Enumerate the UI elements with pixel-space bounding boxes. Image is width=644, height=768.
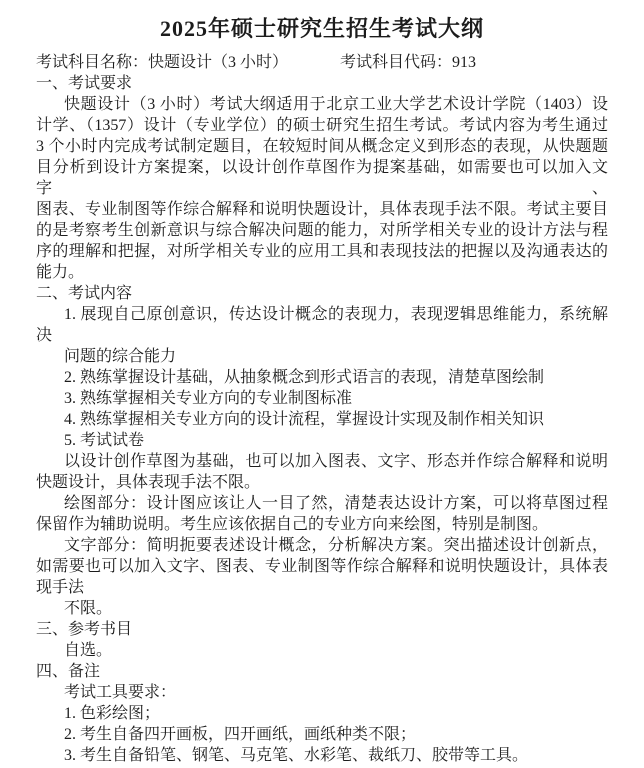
text-line: 不限。 [36, 598, 608, 619]
list-item: 4. 熟练掌握相关专业方向的设计流程，掌握设计实现及制作相关知识 [36, 409, 608, 430]
subject-code: 考试科目代码：913 [340, 52, 476, 73]
list-item: 3. 考生自备铅笔、钢笔、马克笔、水彩笔、裁纸刀、胶带等工具。 [36, 745, 608, 766]
text-line: 序的理解和把握，对所学相关专业的应用工具和表现技法的把握以及沟通表达的 [36, 241, 608, 262]
section-heading-1: 一、考试要求 [36, 73, 608, 94]
text-line: 快题设计，具体表现手法不限。 [36, 472, 608, 493]
text-line: 计学、（1357）设计（专业学位）的硕士研究生招生考试。考试内容为考生通过 [36, 115, 608, 136]
text-line: 目分析到设计方案提案，以设计创作草图作为提案基础，如需要也可以加入文字、 [36, 157, 608, 199]
subject-meta-line: 考试科目名称：快题设计（3 小时） 考试科目代码：913 [36, 52, 608, 73]
list-item: 5. 考试试卷 [36, 430, 608, 451]
list-item: 2. 考生自备四开画板，四开画纸，画纸种类不限； [36, 724, 608, 745]
text-line: 以设计创作草图为基础，也可以加入图表、文字、形态并作综合解释和说明 [36, 451, 608, 472]
text-line: 自选。 [36, 640, 608, 661]
text-line: 能力。 [36, 262, 608, 283]
text-line: 保留作为辅助说明。考生应该依据自己的专业方向来绘图，特别是制图。 [36, 514, 608, 535]
list-item: 3. 熟练掌握相关专业方向的专业制图标准 [36, 388, 608, 409]
section-heading-4: 四、备注 [36, 661, 608, 682]
subject-name: 考试科目名称：快题设计（3 小时） [36, 52, 288, 73]
text-line: 考试工具要求： [36, 682, 608, 703]
list-item: 1. 色彩绘图； [36, 703, 608, 724]
section-heading-2: 二、考试内容 [36, 283, 608, 304]
text-line: 图表、专业制图等作综合解释和说明快题设计，具体表现手法不限。考试主要目 [36, 199, 608, 220]
text-line: 绘图部分：设计图应该让人一目了然，清楚表达设计方案，可以将草图过程 [36, 493, 608, 514]
list-item: 2. 熟练掌握设计基础，从抽象概念到形式语言的表现，清楚草图绘制 [36, 367, 608, 388]
text-line: 问题的综合能力 [36, 346, 608, 367]
list-item: 1. 展现自己原创意识，传达设计概念的表现力，表现逻辑思维能力，系统解 [36, 304, 608, 325]
text-line: 现手法 [36, 577, 608, 598]
text-line: 文字部分：简明扼要表述设计概念，分析解决方案。突出描述设计创新点， [36, 535, 608, 556]
text-line: 3 个小时内完成考试制定题目，在较短时间从概念定义到形态的表现，从快题题 [36, 136, 608, 157]
text-line: 如需要也可以加入文字、图表、专业制图等作综合解释和说明快题设计，具体表 [36, 556, 608, 577]
text-line: 快题设计（3 小时）考试大纲适用于北京工业大学艺术设计学院（1403）设 [36, 94, 608, 115]
exam-syllabus-document: 2025年硕士研究生招生考试大纲 考试科目名称：快题设计（3 小时） 考试科目代… [0, 0, 644, 768]
text-line: 的是考察考生创新意识与综合解决问题的能力，对所学相关专业的设计方法与程 [36, 220, 608, 241]
text-line: 决 [36, 325, 608, 346]
section-heading-3: 三、参考书目 [36, 619, 608, 640]
document-title: 2025年硕士研究生招生考试大纲 [36, 14, 608, 44]
